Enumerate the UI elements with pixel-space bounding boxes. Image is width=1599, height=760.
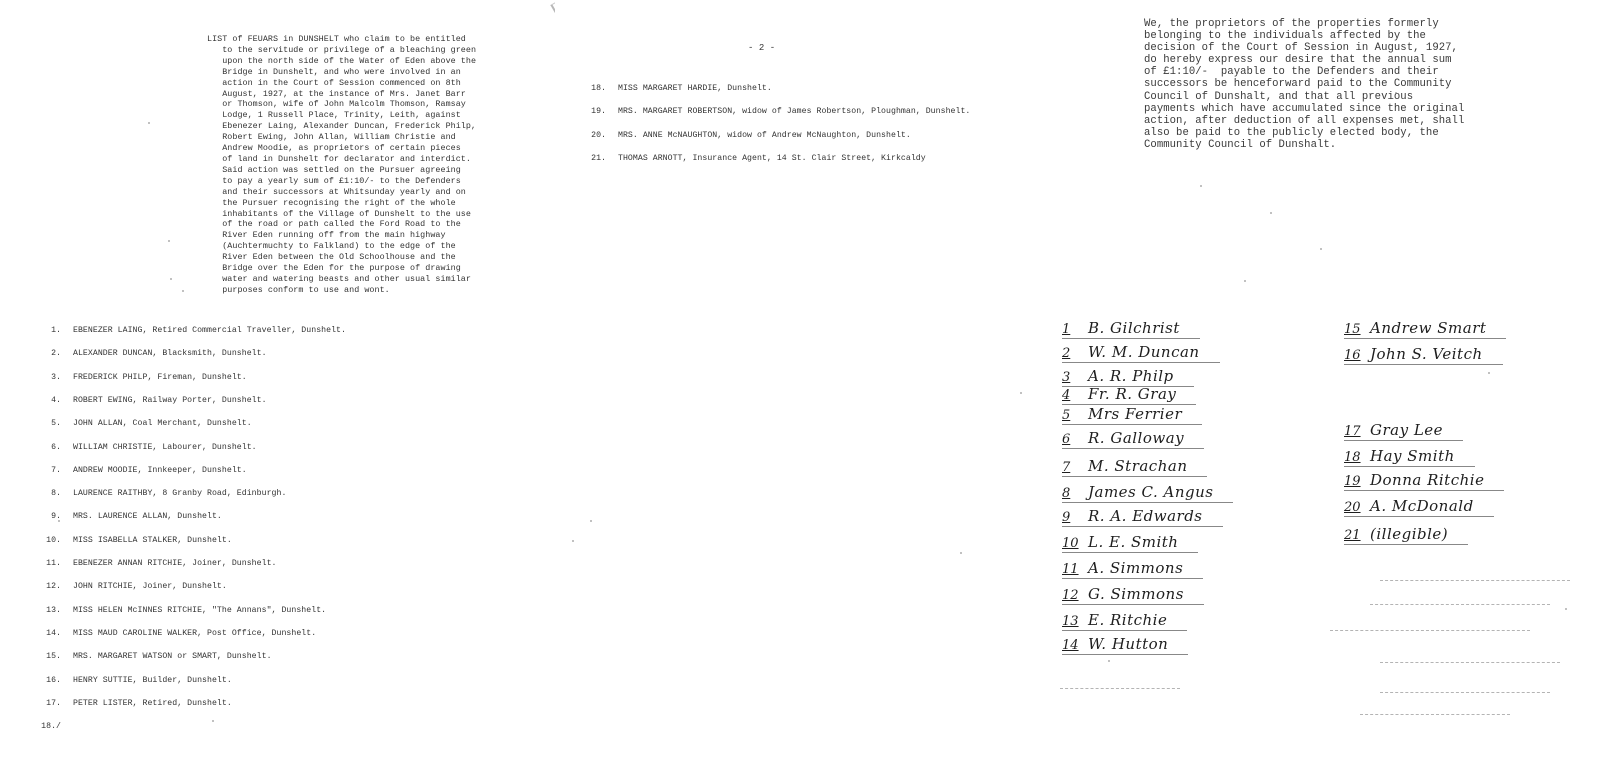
item-number: 16. (40, 676, 61, 685)
item-text: ROBERT EWING, Railway Porter, Dunshelt. (73, 396, 267, 405)
speck (58, 520, 60, 522)
signature-number: 16 (1344, 348, 1370, 363)
speck (168, 240, 170, 242)
signature-line: 15Andrew Smart (1344, 318, 1486, 337)
list-item: 7.ANDREW MOODIE, Innkeeper, Dunshelt. (40, 466, 247, 475)
blank-line (1380, 580, 1570, 581)
signature-number: 21 (1344, 528, 1370, 543)
signature-number: 10 (1062, 536, 1088, 551)
document-page-1: LIST of FEUARS in DUNSHELT who claim to … (0, 0, 540, 760)
signature-number: 20 (1344, 500, 1370, 515)
list-item: 14.MISS MAUD CAROLINE WALKER, Post Offic… (40, 629, 316, 638)
signature-number: 13 (1062, 614, 1088, 629)
item-number: 14. (40, 629, 61, 638)
signature-number: 18 (1344, 450, 1370, 465)
signature-number: 3 (1062, 370, 1088, 385)
signature-number: 19 (1344, 474, 1370, 489)
feuars-intro-paragraph: LIST of FEUARS in DUNSHELT who claim to … (207, 34, 517, 296)
item-text: MRS. MARGARET ROBERTSON, widow of James … (618, 107, 970, 116)
item-text: EBENEZER ANNAN RITCHIE, Joiner, Dunshelt… (73, 559, 277, 568)
item-number: 10. (40, 536, 61, 545)
item-number: 1. (40, 326, 61, 335)
blank-line (1360, 714, 1510, 715)
signature-line: 18Hay Smith (1344, 446, 1455, 465)
signature-name: Gray Lee (1370, 421, 1443, 439)
list-item: 2.ALEXANDER DUNCAN, Blacksmith, Dunshelt… (40, 349, 267, 358)
signature-line: 14W. Hutton (1062, 634, 1168, 653)
signature-number: 14 (1062, 638, 1088, 653)
signature-number: 15 (1344, 322, 1370, 337)
page-number: - 2 - (748, 43, 775, 53)
speck (960, 552, 962, 554)
blank-line (1380, 692, 1550, 693)
blank-line (1370, 604, 1550, 605)
item-text: MRS. LAURENCE ALLAN, Dunshelt. (73, 512, 222, 521)
item-text: MRS. MARGARET WATSON or SMART, Dunshelt. (73, 652, 272, 661)
signature-number: 1 (1062, 322, 1088, 337)
item-text: JOHN ALLAN, Coal Merchant, Dunshelt. (73, 419, 252, 428)
signature-name: R. A. Edwards (1088, 507, 1203, 525)
item-number: 7. (40, 466, 61, 475)
signature-number: 2 (1062, 346, 1088, 361)
speck (1270, 212, 1272, 214)
signature-number: 5 (1062, 408, 1088, 423)
signature-number: 7 (1062, 460, 1088, 475)
signature-line: 6R. Galloway (1062, 428, 1184, 447)
signature-name: James C. Angus (1088, 483, 1213, 501)
item-text: MISS HELEN McINNES RITCHIE, "The Annans"… (73, 606, 326, 615)
signature-line: 19Donna Ritchie (1344, 470, 1484, 489)
speck (1488, 372, 1490, 374)
list-item: 8.LAURENCE RAITHBY, 8 Granby Road, Edinb… (40, 489, 286, 498)
list-item: 12.JOHN RITCHIE, Joiner, Dunshelt. (40, 582, 227, 591)
signature-name: Andrew Smart (1370, 319, 1486, 337)
speck (572, 540, 574, 542)
signature-name: W. M. Duncan (1088, 343, 1200, 361)
speck (170, 278, 172, 280)
item-text: EBENEZER LAING, Retired Commercial Trave… (73, 326, 346, 335)
item-number: 12. (40, 582, 61, 591)
speck (148, 122, 150, 124)
item-number: 6. (40, 443, 61, 452)
item-number: 19. (585, 107, 606, 116)
speck (1565, 608, 1567, 610)
signature-name: A. McDonald (1370, 497, 1474, 515)
signature-name: Fr. R. Gray (1088, 385, 1176, 403)
signature-name: G. Simmons (1088, 585, 1184, 603)
signature-name: (illegible) (1370, 525, 1448, 543)
item-text: HENRY SUTTIE, Builder, Dunshelt. (73, 676, 232, 685)
list-item: 21.THOMAS ARNOTT, Insurance Agent, 14 St… (585, 154, 926, 163)
list-item: 17.PETER LISTER, Retired, Dunshelt. (40, 699, 232, 708)
signature-line: 12G. Simmons (1062, 584, 1184, 603)
speck (1320, 248, 1322, 250)
list-item: 9.MRS. LAURENCE ALLAN, Dunshelt. (40, 512, 222, 521)
list-item: 10.MISS ISABELLA STALKER, Dunshelt. (40, 536, 232, 545)
list-item: 16.HENRY SUTTIE, Builder, Dunshelt. (40, 676, 232, 685)
speck (1108, 660, 1110, 662)
item-text: WILLIAM CHRISTIE, Labourer, Dunshelt. (73, 443, 257, 452)
signature-line: 13E. Ritchie (1062, 610, 1167, 629)
speck (1200, 185, 1202, 187)
signature-number: 4 (1062, 388, 1088, 403)
item-number: 3. (40, 373, 61, 382)
signature-name: Hay Smith (1370, 447, 1455, 465)
signature-line: 9R. A. Edwards (1062, 506, 1203, 525)
item-number: 17. (40, 699, 61, 708)
item-text: MISS ISABELLA STALKER, Dunshelt. (73, 536, 232, 545)
signature-line: 10L. E. Smith (1062, 532, 1178, 551)
item-number: 21. (585, 154, 606, 163)
blank-line (1380, 662, 1560, 663)
signature-number: 8 (1062, 486, 1088, 501)
signature-name: B. Gilchrist (1088, 319, 1180, 337)
signature-line: 20A. McDonald (1344, 496, 1474, 515)
list-item: 15.MRS. MARGARET WATSON or SMART, Dunshe… (40, 652, 272, 661)
signature-name: E. Ritchie (1088, 611, 1167, 629)
signature-number: 11 (1062, 562, 1088, 577)
item-number: 8. (40, 489, 61, 498)
signature-line: 5Mrs Ferrier (1062, 404, 1182, 423)
signature-number: 17 (1344, 424, 1370, 439)
list-item: 5.JOHN ALLAN, Coal Merchant, Dunshelt. (40, 419, 252, 428)
speck (590, 520, 592, 522)
signature-number: 12 (1062, 588, 1088, 603)
item-number: 18./ (40, 722, 61, 731)
item-text: ALEXANDER DUNCAN, Blacksmith, Dunshelt. (73, 349, 267, 358)
signature-name: John S. Veitch (1370, 345, 1483, 363)
signature-name: A. R. Philp (1088, 367, 1174, 385)
list-item: 13.MISS HELEN McINNES RITCHIE, "The Anna… (40, 606, 326, 615)
list-item: 6.WILLIAM CHRISTIE, Labourer, Dunshelt. (40, 443, 257, 452)
speck (1244, 280, 1246, 282)
item-number: 2. (40, 349, 61, 358)
blank-line (1330, 630, 1530, 631)
list-item: 18./ (40, 722, 73, 731)
signature-name: R. Galloway (1088, 429, 1184, 447)
signature-name: L. E. Smith (1088, 533, 1178, 551)
item-text: FREDERICK PHILP, Fireman, Dunshelt. (73, 373, 247, 382)
list-item: 4.ROBERT EWING, Railway Porter, Dunshelt… (40, 396, 267, 405)
item-text: THOMAS ARNOTT, Insurance Agent, 14 St. C… (618, 154, 926, 163)
signature-line: 16John S. Veitch (1344, 344, 1483, 363)
list-item: 20.MRS. ANNE McNAUGHTON, widow of Andrew… (585, 131, 911, 140)
item-number: 5. (40, 419, 61, 428)
list-item: 3.FREDERICK PHILP, Fireman, Dunshelt. (40, 373, 247, 382)
speck (212, 720, 214, 722)
item-number: 13. (40, 606, 61, 615)
speck (182, 290, 184, 292)
signature-line: 17Gray Lee (1344, 420, 1443, 439)
item-number: 20. (585, 131, 606, 140)
signature-number: 6 (1062, 432, 1088, 447)
item-text: MISS MARGARET HARDIE, Dunshelt. (618, 84, 772, 93)
signature-line: 8James C. Angus (1062, 482, 1213, 501)
list-item: 18.MISS MARGARET HARDIE, Dunshelt. (585, 84, 772, 93)
signature-line: 4Fr. R. Gray (1062, 384, 1176, 403)
list-item: 1.EBENEZER LAING, Retired Commercial Tra… (40, 326, 346, 335)
speck (1020, 392, 1022, 394)
item-number: 11. (40, 559, 61, 568)
signature-name: Mrs Ferrier (1088, 405, 1182, 423)
signature-name: Donna Ritchie (1370, 471, 1484, 489)
signature-line: 3A. R. Philp (1062, 366, 1174, 385)
item-text: JOHN RITCHIE, Joiner, Dunshelt. (73, 582, 227, 591)
item-number: 15. (40, 652, 61, 661)
signature-line: 2W. M. Duncan (1062, 342, 1200, 361)
signature-line: 21(illegible) (1344, 524, 1448, 543)
signature-name: A. Simmons (1088, 559, 1183, 577)
signature-number: 9 (1062, 510, 1088, 525)
item-text: ANDREW MOODIE, Innkeeper, Dunshelt. (73, 466, 247, 475)
blank-line (1060, 688, 1180, 689)
item-number: 4. (40, 396, 61, 405)
item-text: PETER LISTER, Retired, Dunshelt. (73, 699, 232, 708)
signature-line: 7M. Strachan (1062, 456, 1187, 475)
item-number: 18. (585, 84, 606, 93)
signature-line: 11A. Simmons (1062, 558, 1183, 577)
item-text: MRS. ANNE McNAUGHTON, widow of Andrew Mc… (618, 131, 911, 140)
signature-line: 1B. Gilchrist (1062, 318, 1180, 337)
signature-name: M. Strachan (1088, 457, 1187, 475)
item-text: LAURENCE RAITHBY, 8 Granby Road, Edinbur… (73, 489, 286, 498)
signature-name: W. Hutton (1088, 635, 1168, 653)
list-item: 19.MRS. MARGARET ROBERTSON, widow of Jam… (585, 107, 970, 116)
speck (1395, 92, 1397, 94)
item-text: MISS MAUD CAROLINE WALKER, Post Office, … (73, 629, 316, 638)
list-item: 11.EBENEZER ANNAN RITCHIE, Joiner, Dunsh… (40, 559, 277, 568)
proprietors-declaration: We, the proprietors of the properties fo… (1144, 18, 1464, 151)
